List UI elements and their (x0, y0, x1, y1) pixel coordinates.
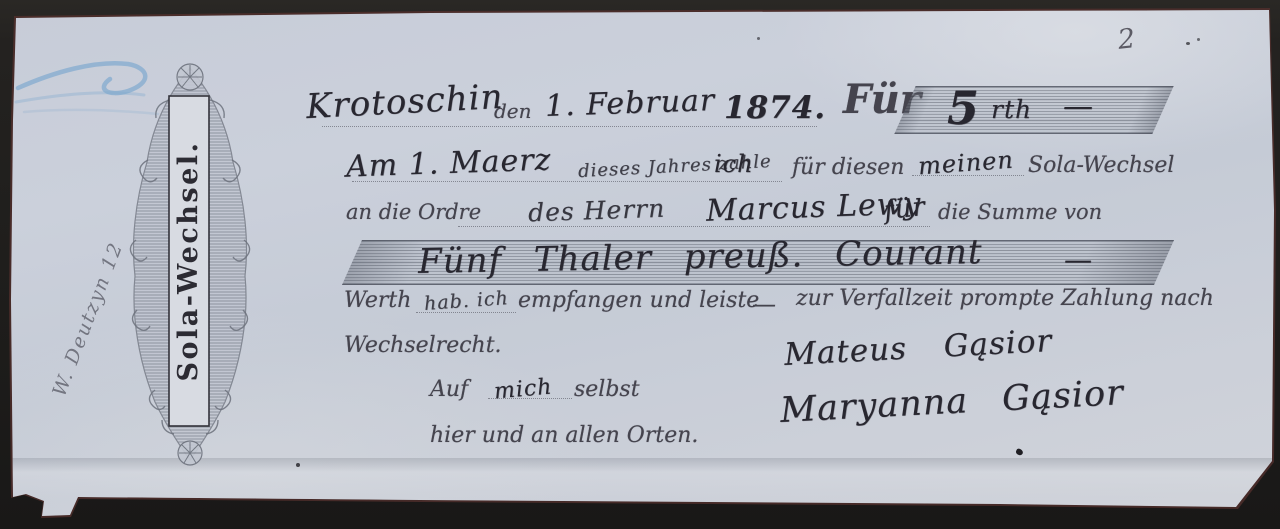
werth-value-field: hab. ich (423, 287, 509, 315)
ink-speck (757, 37, 760, 40)
signature-1: Mateus Gąsior (783, 323, 1053, 373)
ich-field: ich (714, 150, 754, 178)
ink-speck (1186, 42, 1190, 45)
an-die-ordre-label: an die Ordre (346, 200, 481, 224)
zahlung-label: zur Verfallzeit prompte Zahlung nach (796, 286, 1214, 311)
auf-label: Auf (430, 377, 468, 402)
dotted-rule (322, 126, 817, 127)
wechselrecht-label: Wechselrecht. (344, 333, 502, 358)
den-label: den (494, 99, 532, 123)
page-number-note: 2 (1116, 23, 1136, 56)
date-field: 1. Februar (544, 83, 715, 124)
amount-unit-field: rth (991, 95, 1032, 124)
amount-words-dash: — (1064, 243, 1093, 276)
amount-words-band: Fünf Thaler preuß. Courant — (342, 240, 1174, 285)
promissory-note-paper: 2 W. Deutzyn 12 (0, 0, 1280, 529)
ink-speck (296, 463, 300, 467)
fuer-field: für (883, 192, 928, 226)
place-field: Krotoschin (305, 77, 504, 127)
orten-label: hier und an allen Orten. (430, 423, 698, 448)
fuer-diesen-label: für diesen (792, 155, 904, 180)
amount-figures-band: 5 rth — (894, 86, 1173, 134)
dotted-rule (488, 398, 572, 399)
dotted-rule (458, 226, 930, 227)
ink-speck (1015, 448, 1024, 456)
empfangen-label: empfangen und leiste (518, 288, 759, 313)
sola-wechsel-label: Sola-Wechsel (1028, 153, 1174, 178)
scanned-document: 2 W. Deutzyn 12 (0, 0, 1280, 529)
amount-dash: — (1063, 89, 1121, 124)
mich-field: mich (493, 375, 553, 405)
emblem-top-finial (177, 64, 203, 90)
line5-dash: — (752, 290, 784, 318)
dotted-rule (912, 175, 1024, 176)
selbst-label: selbst (574, 377, 640, 402)
dotted-rule (352, 181, 782, 182)
dotted-rule (416, 312, 516, 313)
emblem-bottom-pendant (178, 441, 202, 465)
ink-speck (1197, 38, 1200, 41)
signature-2: Maryanna Gąsior (779, 373, 1125, 431)
werth-label: Werth (344, 288, 411, 313)
year-field: 1874. (724, 90, 826, 126)
maturity-date-field: Am 1. Maerz (345, 142, 551, 184)
die-summe-von-label: die Summe von (938, 200, 1102, 224)
amount-figure-field: 5 (947, 81, 980, 135)
sola-wechsel-emblem: Sola-Wechsel. (124, 60, 256, 470)
emblem-title: Sola-Wechsel. (173, 141, 204, 382)
des-herrn-field: des Herrn (528, 194, 666, 228)
amount-words-field: Fünf Thaler preuß. Courant (418, 232, 983, 282)
